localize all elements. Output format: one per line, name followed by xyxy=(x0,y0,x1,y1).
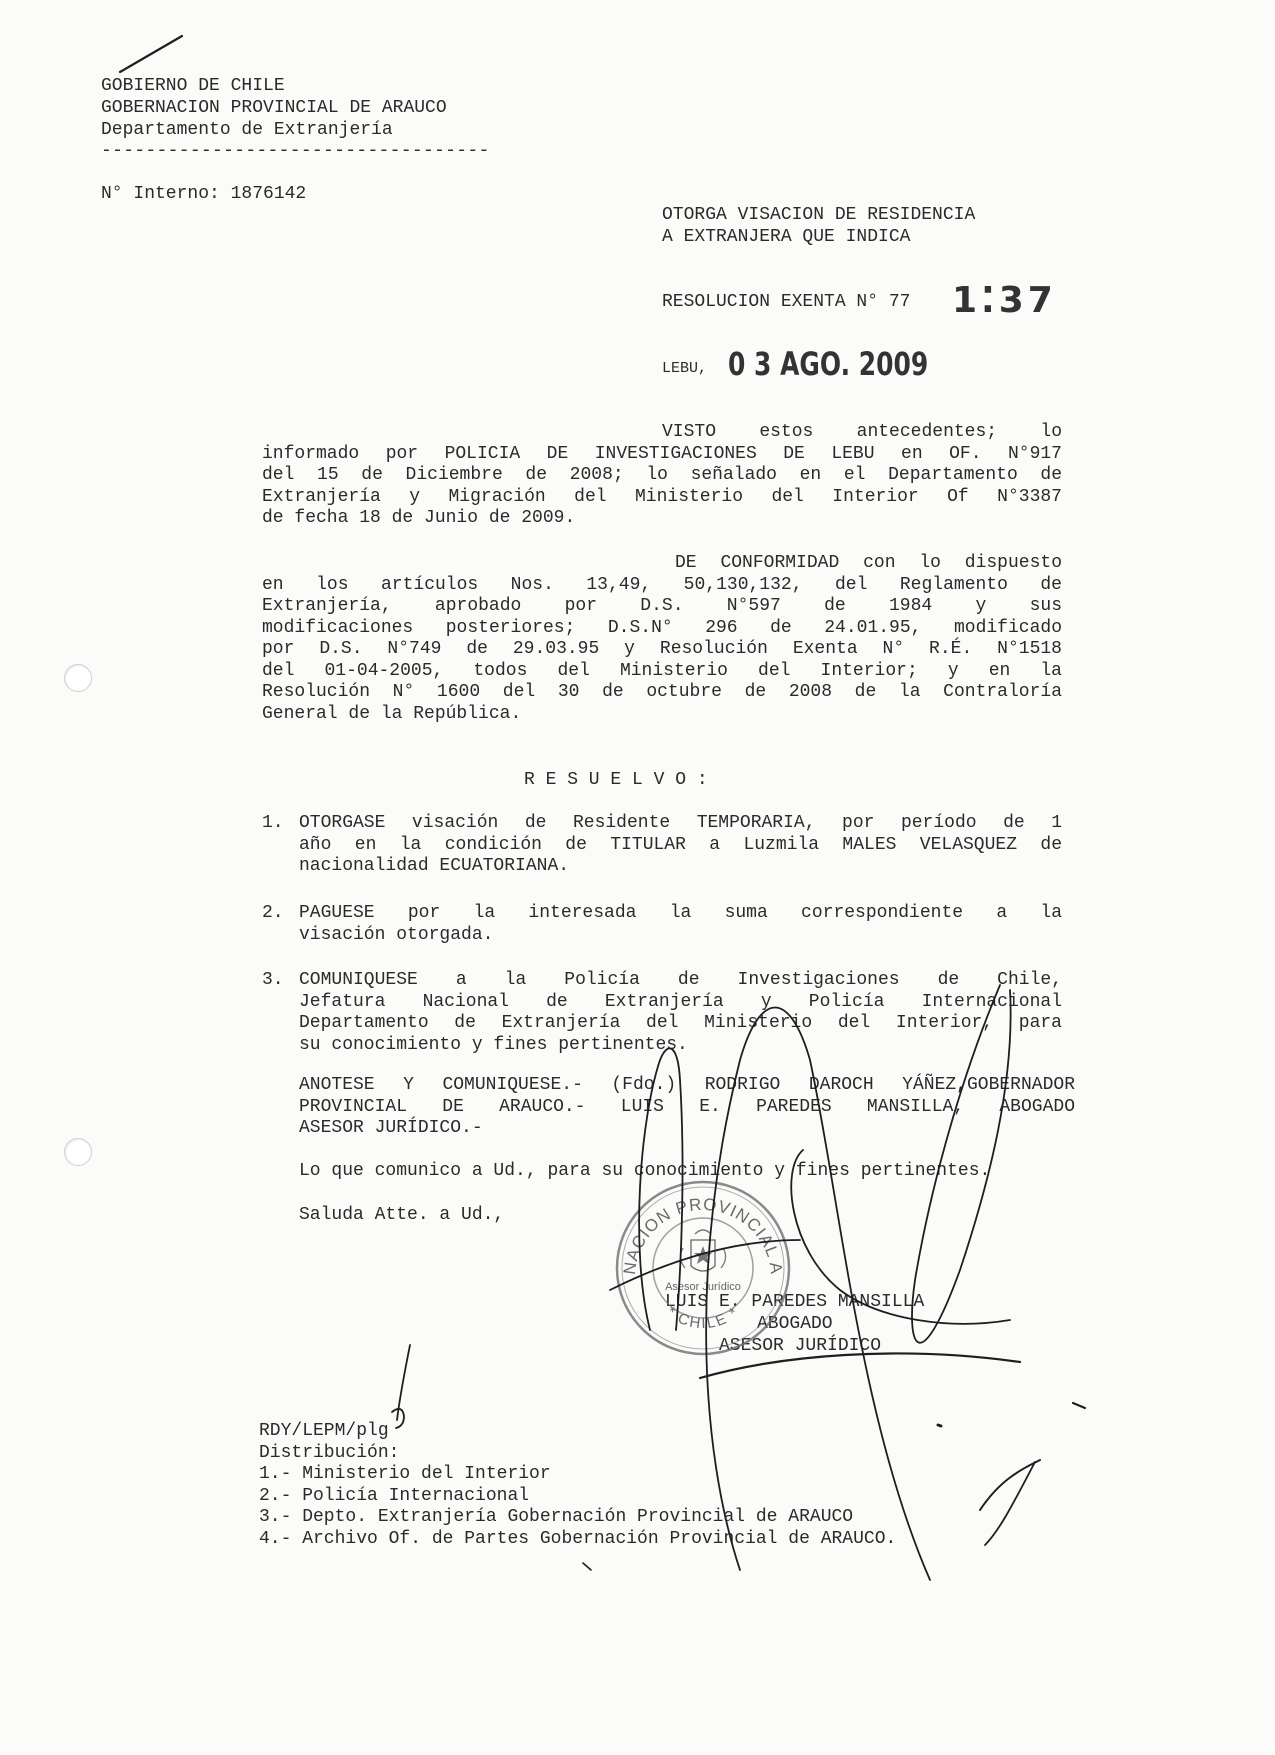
distribution-item: 3.- Depto. Extranjería Gobernación Provi… xyxy=(259,1507,853,1527)
svg-text:Asesor Jurídico: Asesor Jurídico xyxy=(665,1281,741,1293)
visto-line: informado por POLICIA DE INVESTIGACIONES… xyxy=(262,444,1062,466)
visto-line: Extranjería y Migración del Ministerio d… xyxy=(262,487,1062,509)
official-seal: GOBERNACION PROVINCIAL ARAUCO * CHILE * … xyxy=(613,1178,793,1358)
header-rule: ----------------------------------- xyxy=(101,141,490,161)
place-label: LEBU, xyxy=(662,360,707,377)
conformidad-line: por D.S. N°749 de 29.03.95 y Resolución … xyxy=(262,639,1062,661)
item-line: año en la condición de TITULAR a Luzmila… xyxy=(299,835,1062,857)
item-line: OTORGASE visación de Residente TEMPORARI… xyxy=(299,813,1062,835)
item-line: COMUNIQUESE a la Policía de Investigacio… xyxy=(299,970,1062,992)
svg-text:* CHILE *: * CHILE * xyxy=(663,1303,743,1332)
distribution-item: 1.- Ministerio del Interior xyxy=(259,1464,551,1484)
punch-hole-top xyxy=(64,664,92,692)
subject-line-2: A EXTRANJERA QUE INDICA xyxy=(662,227,910,247)
visto-line: del 15 de Diciembre de 2008; lo señalado… xyxy=(262,465,1062,487)
saluda-line: Saluda Atte. a Ud., xyxy=(299,1205,504,1225)
header-line-government: GOBIERNO DE CHILE xyxy=(101,76,285,96)
item-number: 2. xyxy=(262,903,284,923)
header-line-department: Departamento de Extranjería xyxy=(101,120,393,140)
item-line: visación otorgada. xyxy=(299,925,493,945)
conformidad-line: Extranjería, aprobado por D.S. N°597 de … xyxy=(262,596,1062,618)
resolution-label: RESOLUCION EXENTA N° 77 xyxy=(662,292,910,312)
visto-line: de fecha 18 de Junio de 2009. xyxy=(262,508,575,528)
item-number: 3. xyxy=(262,970,284,990)
stamped-date: 0 3 AGO. 2009 xyxy=(728,345,928,383)
visto-line: VISTO estos antecedentes; lo xyxy=(662,422,1062,444)
anotese-line: PROVINCIAL DE ARAUCO.- LUIS E. PAREDES M… xyxy=(299,1097,1075,1119)
conformidad-line: modificaciones posteriores; D.S.N° 296 d… xyxy=(262,618,1062,640)
conformidad-line: en los artículos Nos. 13,49, 50,130,132,… xyxy=(262,575,1062,597)
distribution-item: 2.- Policía Internacional xyxy=(259,1486,529,1506)
resolution-stamped-number: 1⁚37 xyxy=(952,280,1057,321)
item-line: nacionalidad ECUATORIANA. xyxy=(299,856,569,876)
distribution-item: 4.- Archivo Of. de Partes Gobernación Pr… xyxy=(259,1529,896,1549)
item-line: Jefatura Nacional de Extranjería y Polic… xyxy=(299,992,1062,1014)
subject-line-1: OTORGA VISACION DE RESIDENCIA xyxy=(662,205,975,225)
header-line-governorate: GOBERNACION PROVINCIAL DE ARAUCO xyxy=(101,98,447,118)
item-line: Departamento de Extranjería del Minister… xyxy=(299,1013,1062,1035)
conformidad-line: DE CONFORMIDAD con lo dispuesto xyxy=(675,553,1062,575)
distribution-label: Distribución: xyxy=(259,1443,399,1463)
punch-hole-bottom xyxy=(64,1138,92,1166)
reference-initials: RDY/LEPM/plg xyxy=(259,1421,389,1441)
item-number: 1. xyxy=(262,813,284,833)
conformidad-line: General de la República. xyxy=(262,704,521,724)
item-line: PAGUESE por la interesada la suma corres… xyxy=(299,903,1062,925)
conformidad-line: del 01-04-2005, todos del Ministerio del… xyxy=(262,661,1062,683)
anotese-line: ANOTESE Y COMUNIQUESE.- (Fdo.) RODRIGO D… xyxy=(299,1075,1075,1097)
seal-icon: GOBERNACION PROVINCIAL ARAUCO * CHILE * … xyxy=(613,1178,793,1358)
handwritten-signature-icon xyxy=(0,0,1275,1755)
item-line: su conocimiento y fines pertinentes. xyxy=(299,1035,688,1055)
internal-number: N° Interno: 1876142 xyxy=(101,184,306,204)
resuelvo-heading: R E S U E L V O : xyxy=(524,770,708,790)
anotese-line: ASESOR JURÍDICO.- xyxy=(299,1118,483,1138)
conformidad-line: Resolución N° 1600 del 30 de octubre de … xyxy=(262,682,1062,704)
